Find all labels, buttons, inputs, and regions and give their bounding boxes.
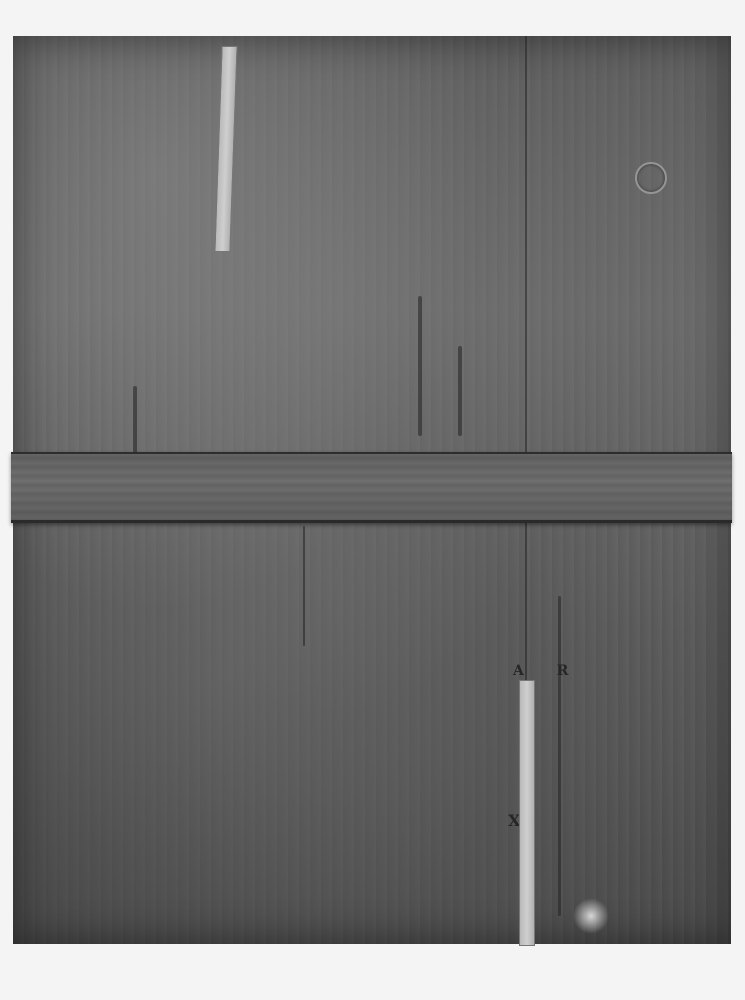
stain [133, 386, 137, 456]
circular-stamp [635, 162, 667, 194]
initials-marking: A R [513, 663, 582, 679]
paper-strip-bottom [519, 680, 535, 946]
stain [303, 526, 305, 646]
light-patch [573, 898, 609, 934]
stain [558, 596, 561, 916]
stain [418, 296, 422, 436]
crossbar [11, 452, 732, 523]
stain [458, 346, 462, 436]
